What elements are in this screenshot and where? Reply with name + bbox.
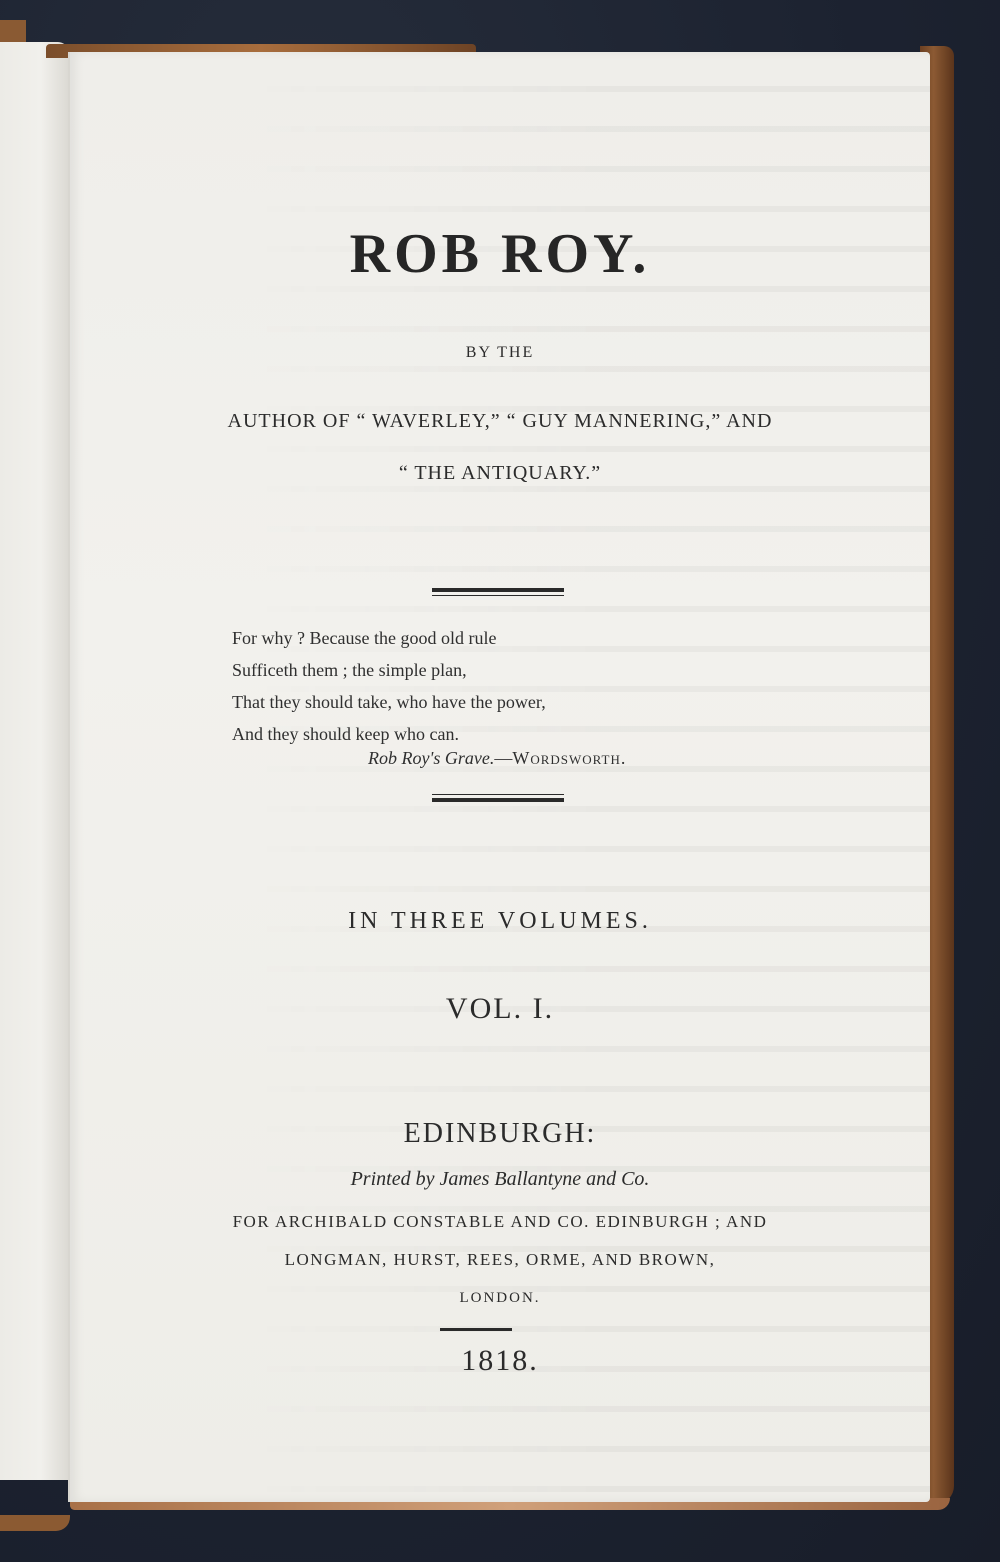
- citation-work: Rob Roy's Grave.: [368, 748, 494, 768]
- citation-author: Wordsworth.: [512, 748, 626, 768]
- epigraph-citation: Rob Roy's Grave.—Wordsworth.: [368, 748, 626, 769]
- publication-year: 1818.: [70, 1344, 930, 1378]
- volumes-line: IN THREE VOLUMES.: [70, 908, 930, 935]
- publisher-line-3: LONDON.: [70, 1290, 930, 1307]
- author-line-2: “ THE ANTIQUARY.”: [70, 462, 930, 485]
- volume-number: VOL. I.: [70, 992, 930, 1026]
- left-cover-bottom-corner: [0, 1515, 70, 1531]
- epigraph-line: And they should keep who can.: [232, 718, 546, 750]
- epigraph-line: Sufficeth them ; the simple plan,: [232, 654, 546, 686]
- publisher-line-1: FOR ARCHIBALD CONSTABLE AND CO. EDINBURG…: [70, 1212, 930, 1232]
- citation-dash: —: [494, 748, 512, 768]
- epigraph-line: That they should take, who have the powe…: [232, 686, 546, 718]
- by-line: BY THE: [70, 344, 930, 362]
- imprint-city: EDINBURGH:: [70, 1118, 930, 1150]
- single-rule: [440, 1328, 512, 1331]
- double-rule-bottom: [432, 794, 564, 802]
- publisher-line-2: LONGMAN, HURST, REES, ORME, AND BROWN,: [70, 1250, 930, 1270]
- title-page: ROB ROY. BY THE AUTHOR OF “ WAVERLEY,” “…: [68, 52, 930, 1502]
- double-rule-top: [432, 588, 564, 596]
- facing-left-page: [0, 42, 68, 1480]
- epigraph-line: For why ? Because the good old rule: [232, 622, 546, 654]
- book-title: ROB ROY.: [70, 222, 930, 286]
- author-line-1: AUTHOR OF “ WAVERLEY,” “ GUY MANNERING,”…: [70, 410, 930, 433]
- epigraph: For why ? Because the good old rule Suff…: [232, 622, 546, 750]
- printer-line: Printed by James Ballantyne and Co.: [70, 1168, 930, 1191]
